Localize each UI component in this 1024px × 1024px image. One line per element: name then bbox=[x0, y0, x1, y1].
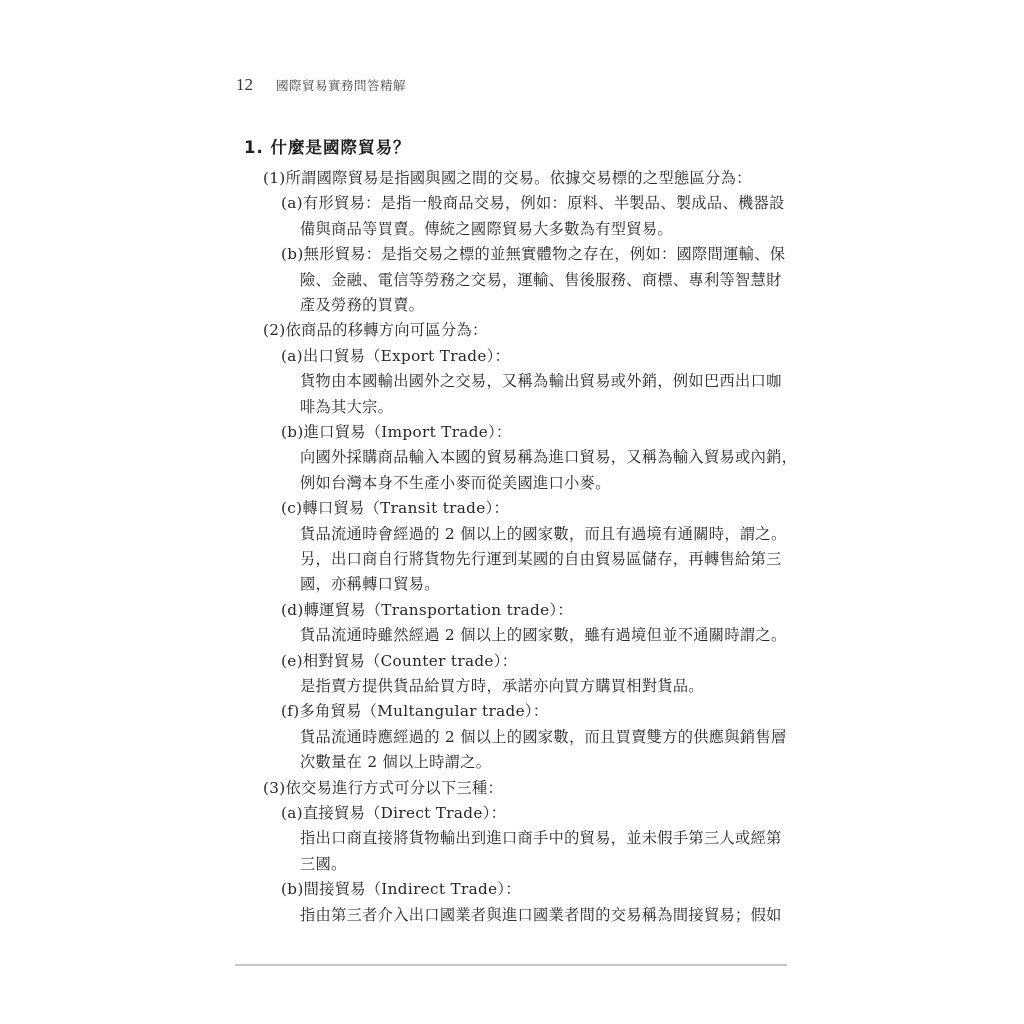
item-line: (d)轉運貿易（Transportation trade）： bbox=[281, 600, 573, 620]
question-heading: 1. 什麼是國際貿易？ bbox=[244, 134, 411, 158]
item-line: (e)相對貿易（Counter trade）： bbox=[281, 651, 517, 671]
item-line: (a)出口貿易（Export Trade）： bbox=[281, 346, 510, 366]
continuation-line: 貨物由本國輸出國外之交易，又稱為輸出貿易或外銷，例如巴西出口咖 bbox=[300, 371, 782, 391]
item-line: (b)間接貿易（Indirect Trade）： bbox=[281, 879, 521, 899]
item-line: (a)直接貿易（Direct Trade）： bbox=[281, 803, 506, 823]
continuation-line: 貨品流通時雖然經過 2 個以上的國家數，雖有過境但並不通關時謂之。 bbox=[300, 625, 787, 645]
section-line: (3)依交易進行方式可分以下三種： bbox=[263, 778, 503, 798]
item-line: (c)轉口貿易（Transit trade）： bbox=[281, 498, 509, 518]
continuation-line: 國，亦稱轉口貿易。 bbox=[300, 574, 440, 594]
continuation-line: 次數量在 2 個以上時謂之。 bbox=[300, 752, 491, 772]
continuation-line: 指出口商直接將貨物輸出到進口商手中的貿易，並未假手第三人或經第 bbox=[300, 828, 782, 848]
continuation-line: 貨品流通時應經過的 2 個以上的國家數，而且買賣雙方的供應與銷售層 bbox=[300, 727, 787, 747]
continuation-line: 向國外採購商品輸入本國的貿易稱為進口貿易，又稱為輸入貿易或內銷， bbox=[300, 447, 797, 467]
section-line: (1)所謂國際貿易是指國與國之間的交易。依據交易標的之型態區分為： bbox=[263, 168, 752, 188]
book-page: 12 國際貿易實務問答精解 1. 什麼是國際貿易？ (1)所謂國際貿易是指國與國… bbox=[0, 0, 1024, 1024]
continuation-line: 啡為其大宗。 bbox=[300, 397, 393, 417]
continuation-line: 三國。 bbox=[300, 854, 347, 874]
section-line: (2)依商品的移轉方向可區分為： bbox=[263, 320, 488, 340]
running-header: 12 國際貿易實務問答精解 bbox=[236, 74, 406, 96]
continuation-line: 備與商品等買賣。傳統之國際貿易大多數為有型貿易。 bbox=[300, 219, 673, 239]
page-number: 12 bbox=[236, 75, 276, 95]
continuation-line: 另，出口商自行將貨物先行運到某國的自由貿易區儲存，再轉售給第三 bbox=[300, 549, 782, 569]
footer-divider bbox=[235, 964, 787, 966]
item-line: (b)進口貿易（Import Trade）： bbox=[281, 422, 512, 442]
continuation-line: 例如台灣本身不生產小麥而從美國進口小麥。 bbox=[300, 473, 611, 493]
continuation-line: 產及勞務的買賣。 bbox=[300, 295, 424, 315]
book-title: 國際貿易實務問答精解 bbox=[276, 76, 406, 94]
item-line: (b)無形貿易：是指交易之標的並無實體物之存在，例如：國際間運輸、保 bbox=[281, 244, 785, 264]
item-line: (a)有形貿易：是指一般商品交易，例如：原料、半製品、製成品、機器設 bbox=[281, 193, 785, 213]
item-line: (f)多角貿易（Multangular trade）： bbox=[281, 701, 548, 721]
continuation-line: 貨品流通時會經過的 2 個以上的國家數，而且有過境有通關時，謂之。 bbox=[300, 524, 787, 544]
continuation-line: 指由第三者介入出口國業者與進口國業者間的交易稱為間接貿易；假如 bbox=[300, 905, 782, 925]
continuation-line: 是指賣方提供貨品給買方時，承諾亦向買方購買相對貨品。 bbox=[300, 676, 704, 696]
continuation-line: 險、金融、電信等勞務之交易，運輸、售後服務、商標、專利等智慧財 bbox=[300, 270, 782, 290]
